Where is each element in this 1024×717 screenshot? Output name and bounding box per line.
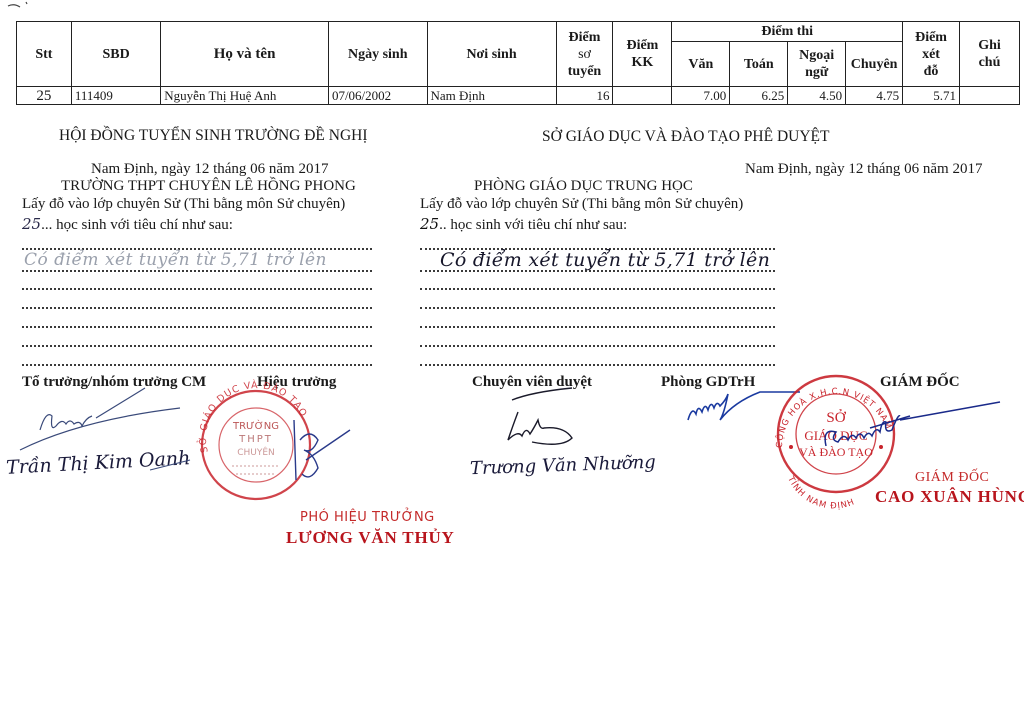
department-stamp-inner-text: SỞ [826, 409, 846, 426]
dept-head-title: Tổ trưởng/nhóm trưởng CM [22, 374, 206, 391]
left-count-suffix: ... học sinh với tiêu chí như sau: [41, 217, 233, 233]
cell-birthplace: Nam Định [427, 87, 556, 105]
dotted-line [22, 326, 372, 328]
dept-title: Phòng GDTrH [661, 374, 755, 391]
cell-prelim-score: 16 [556, 87, 613, 105]
left-count-line: 25... học sinh với tiêu chí như sau: [22, 215, 233, 234]
dotted-line [420, 307, 775, 309]
header-text: Điểm [569, 30, 601, 45]
cell-foreign-lang: 4.50 [788, 87, 846, 105]
left-admit-line: Lấy đỗ vào lớp chuyên Sử (Thi bằng môn S… [22, 196, 345, 213]
header-text: tuyển [568, 64, 601, 79]
department-stamp-outer-text: CỘNG HOÀ X.H.C.N VIỆT NAM [773, 387, 893, 448]
header-bonus-score: Điểm KK [613, 22, 672, 87]
dotted-line [420, 345, 775, 347]
header-dob: Ngày sinh [328, 22, 427, 87]
header-text: ngữ [805, 65, 828, 80]
dotted-line [420, 364, 775, 366]
left-count-handwritten: 25 [22, 215, 41, 233]
principal-title: Hiệu trưởng [257, 374, 336, 391]
school-stamp-inner-text: CHUYÊN [237, 446, 275, 458]
header-text: KK [632, 55, 654, 70]
header-stt: Stt [17, 22, 72, 87]
right-count-line: 25.. học sinh với tiêu chí như sau: [420, 215, 627, 234]
left-school: TRƯỜNG THPT CHUYÊN LÊ HỒNG PHONG [61, 178, 356, 195]
cell-literature: 7.00 [672, 87, 730, 105]
header-text: đỗ [924, 64, 939, 79]
header-math: Toán [730, 42, 788, 87]
specialist-title: Chuyên viên duyệt [472, 374, 592, 391]
svg-text:CỘNG HOÀ X.H.C.N VIỆT NAM: CỘNG HOÀ X.H.C.N VIỆT NAM [773, 387, 893, 448]
dotted-line [22, 270, 372, 272]
dept-signature [688, 392, 800, 420]
table-row: 25 111409 Nguyễn Thị Huệ Anh 07/06/2002 … [17, 87, 1020, 105]
cell-admission-score: 5.71 [903, 87, 960, 105]
results-table: Stt SBD Họ và tên Ngày sinh Nơi sinh Điể… [16, 21, 1020, 105]
school-stamp: SỞ GIÁO DỤC VÀ ĐÀO TẠO TRƯỜNG THPT CHUYÊ… [197, 379, 310, 499]
header-admission-score: Điểm xét đỗ [903, 22, 960, 87]
header-specialized: Chuyên [846, 42, 903, 87]
header-literature: Văn [672, 42, 730, 87]
school-stamp-inner-text: TRƯỜNG [232, 419, 279, 432]
header-text: Ngoại [799, 48, 834, 63]
cell-stt: 25 [17, 87, 72, 105]
dotted-line [420, 326, 775, 328]
right-criteria-handwritten: Có điểm xét tuyển từ 5,71 trở lên [440, 249, 770, 271]
principal-signature [294, 420, 350, 480]
cell-name: Nguyễn Thị Huệ Anh [161, 87, 329, 105]
dept-head-name-handwritten: Trần Thị Kim Oanh [6, 447, 191, 479]
department-stamp-inner-text: GIÁO DỤC [804, 428, 867, 443]
director-label: GIÁM ĐỐC [915, 470, 989, 486]
left-heading: HỘI ĐỒNG TUYỂN SINH TRƯỜNG ĐỀ NGHỊ [59, 127, 368, 145]
dotted-line [22, 345, 372, 347]
dotted-line [420, 288, 775, 290]
school-stamp-inner-text: THPT [238, 434, 273, 445]
dotted-line [22, 307, 372, 309]
header-text: Điểm [915, 30, 947, 45]
cell-bonus-score [613, 87, 672, 105]
cell-specialized: 4.75 [846, 87, 903, 105]
right-count-handwritten: 25 [420, 215, 439, 233]
department-stamp-inner-text: VÀ ĐÀO TẠO [799, 445, 873, 459]
header-exam-group: Điểm thi [672, 22, 903, 42]
director-signature [825, 402, 1000, 446]
header-text: Điểm [626, 38, 658, 53]
left-criteria-handwritten: Có điểm xét tuyển từ 5,71 trở lên [24, 250, 327, 270]
header-name: Họ và tên [161, 22, 329, 87]
header-sbd: SBD [71, 22, 160, 87]
vice-principal-title: PHÓ HIỆU TRƯỞNG [300, 510, 435, 525]
header-text: sơ [578, 47, 591, 62]
right-admit-line: Lấy đỗ vào lớp chuyên Sử (Thi bằng môn S… [420, 196, 743, 213]
dotted-line [22, 288, 372, 290]
header-text: chú [979, 55, 1001, 70]
director-title: GIÁM ĐỐC [880, 374, 960, 391]
right-department: PHÒNG GIÁO DỤC TRUNG HỌC [474, 178, 693, 195]
cell-math: 6.25 [730, 87, 788, 105]
header-prelim-score: Điểm sơ tuyển [556, 22, 613, 87]
svg-text:TỈNH NAM ĐỊNH: TỈNH NAM ĐỊNH [785, 474, 857, 511]
header-text: xét [922, 47, 940, 62]
header-text: Ghi [978, 38, 1001, 53]
left-date: Nam Định, ngày 12 tháng 06 năm 2017 [91, 161, 328, 178]
vice-principal-name: LƯƠNG VĂN THỦY [286, 528, 455, 548]
right-date: Nam Định, ngày 12 tháng 06 năm 2017 [745, 161, 982, 178]
cell-dob: 07/06/2002 [328, 87, 427, 105]
dotted-line [22, 364, 372, 366]
specialist-name-handwritten: Trương Văn Nhưỡng [470, 452, 656, 479]
director-name: CAO XUÂN HÙNG [875, 487, 1024, 507]
cell-sbd: 111409 [71, 87, 160, 105]
cell-note [959, 87, 1019, 105]
dept-head-signature [20, 388, 180, 450]
department-stamp-bottom-text: TỈNH NAM ĐỊNH [785, 474, 857, 511]
specialist-signature [508, 388, 572, 444]
header-foreign-lang: Ngoại ngữ [788, 42, 846, 87]
header-birthplace: Nơi sinh [427, 22, 556, 87]
header-note: Ghi chú [959, 22, 1019, 87]
right-heading: SỞ GIÁO DỤC VÀ ĐÀO TẠO PHÊ DUYỆT [542, 128, 829, 146]
right-count-suffix: .. học sinh với tiêu chí như sau: [439, 217, 627, 233]
signature-overlay: SỞ GIÁO DỤC VÀ ĐÀO TẠO TRƯỜNG THPT CHUYÊ… [0, 0, 1024, 717]
